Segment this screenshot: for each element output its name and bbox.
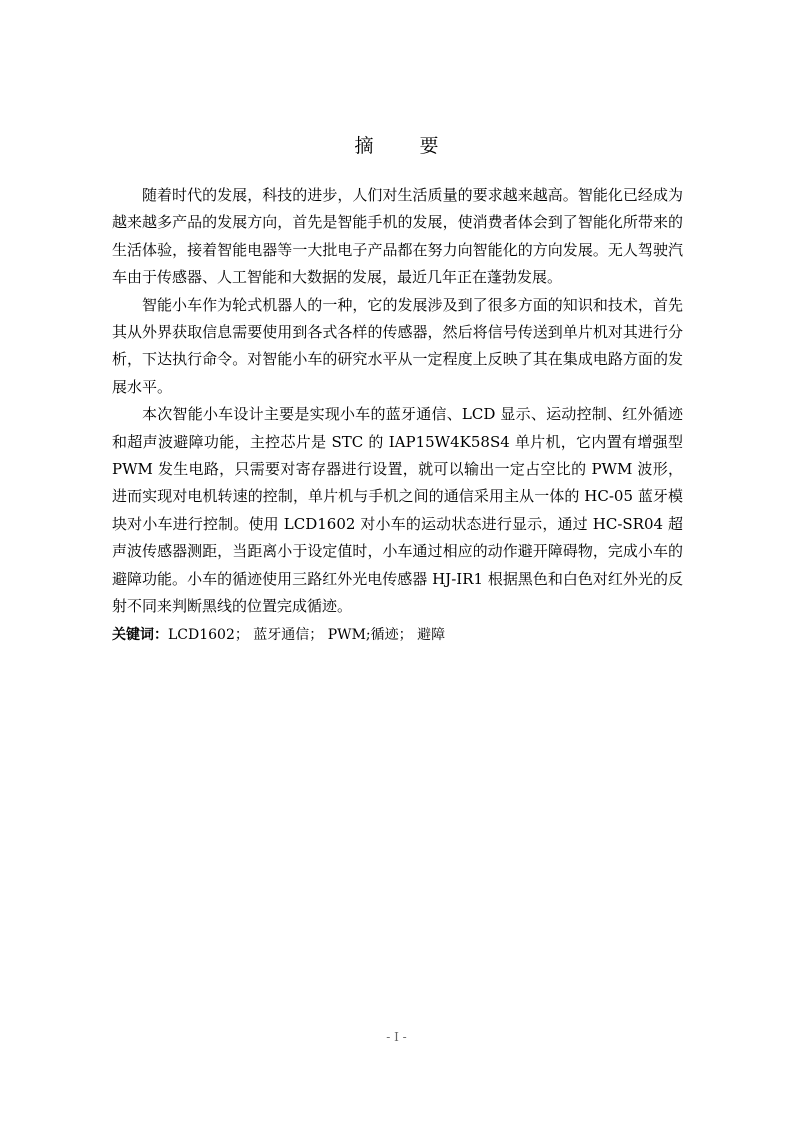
paragraph-2: 智能小车作为轮式机器人的一种，它的发展涉及到了很多方面的知识和技术，首先其从外界… — [112, 292, 683, 402]
page-number: - I - — [0, 1030, 793, 1044]
title-char-2: 要 — [420, 131, 439, 158]
abstract-body: 随着时代的发展，科技的进步，人们对生活质量的要求越来越高。智能化已经成为越来越多… — [112, 182, 683, 621]
paragraph-1: 随着时代的发展，科技的进步，人们对生活质量的要求越来越高。智能化已经成为越来越多… — [112, 182, 683, 292]
paragraph-3: 本次智能小车设计主要是实现小车的蓝牙通信、LCD 显示、运动控制、红外循迹和超声… — [112, 401, 683, 620]
keywords-label: 关键词： — [112, 627, 168, 643]
title-char-1: 摘 — [354, 131, 373, 158]
document-page: 摘要 随着时代的发展，科技的进步，人们对生活质量的要求越来越高。智能化已经成为越… — [0, 0, 793, 1122]
page-title: 摘要 — [0, 131, 793, 158]
keywords-line: 关键词：LCD1602； 蓝牙通信； PWM;循迹； 避障 — [112, 624, 445, 644]
keywords-value: LCD1602； 蓝牙通信； PWM;循迹； 避障 — [168, 627, 445, 643]
